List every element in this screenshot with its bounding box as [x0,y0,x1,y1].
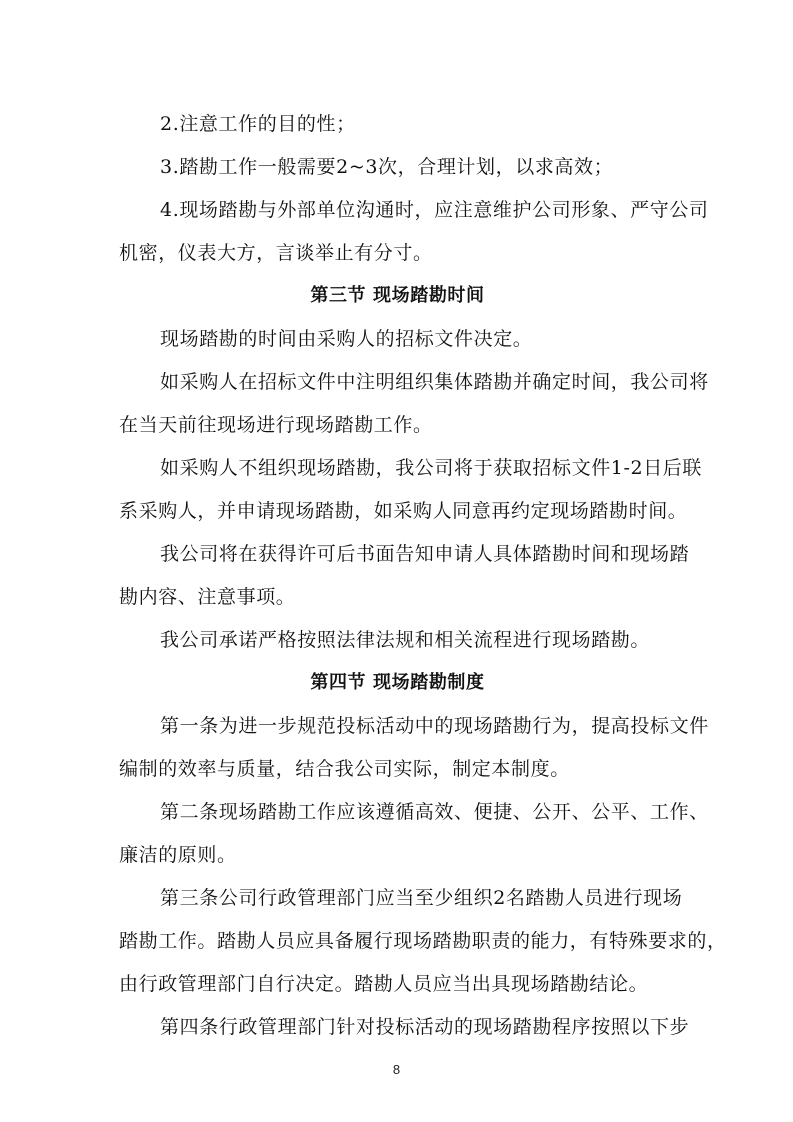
paragraph: 现场踏勘的时间由采购人的招标文件决定。 [160,327,676,351]
section-heading-4: 第四节 现场踏勘制度 [119,671,676,695]
paragraph: 我公司承诺严格按照法律法规和相关流程进行现场踏勘。 [160,628,676,652]
article-2-cont: 廉洁的原则。 [119,843,676,867]
article-4: 第四条行政管理部门针对投标活动的现场踏勘程序按照以下步 [160,1015,676,1039]
article-1: 第一条为进一步规范投标活动中的现场踏勘行为，提高投标文件 [160,714,676,738]
article-2: 第二条现场踏勘工作应该遵循高效、便捷、公开、公平、工作、 [160,800,676,824]
list-item-3: 3.踏勘工作一般需要2~3次，合理计划，以求高效； [160,155,676,179]
page-number: 8 [0,1062,793,1077]
article-3-cont: 踏勘工作。踏勘人员应具备履行现场踏勘职责的能力，有特殊要求的， [119,929,676,953]
paragraph-cont: 勘内容、注意事项。 [119,585,676,609]
paragraph: 我公司将在获得许可后书面告知申请人具体踏勘时间和现场踏 [160,542,676,566]
article-1-cont: 编制的效率与质量，结合我公司实际，制定本制度。 [119,757,676,781]
paragraph: 如采购人不组织现场踏勘，我公司将于获取招标文件1-2日后联 [160,456,676,480]
article-3: 第三条公司行政管理部门应当至少组织2名踏勘人员进行现场 [160,886,676,910]
article-3-cont2: 由行政管理部门自行决定。踏勘人员应当出具现场踏勘结论。 [119,972,676,996]
section-heading-3: 第三节 现场踏勘时间 [119,284,676,308]
list-item-2: 2.注意工作的目的性； [160,112,676,136]
list-item-4-cont: 机密，仪表大方，言谈举止有分寸。 [119,241,676,265]
paragraph-cont: 系采购人，并申请现场踏勘，如采购人同意再约定现场踏勘时间。 [119,499,676,523]
paragraph-cont: 在当天前往现场进行现场踏勘工作。 [119,413,676,437]
paragraph: 如采购人在招标文件中注明组织集体踏勘并确定时间，我公司将 [160,370,676,394]
list-item-4: 4.现场踏勘与外部单位沟通时，应注意维护公司形象、严守公司 [160,198,676,222]
